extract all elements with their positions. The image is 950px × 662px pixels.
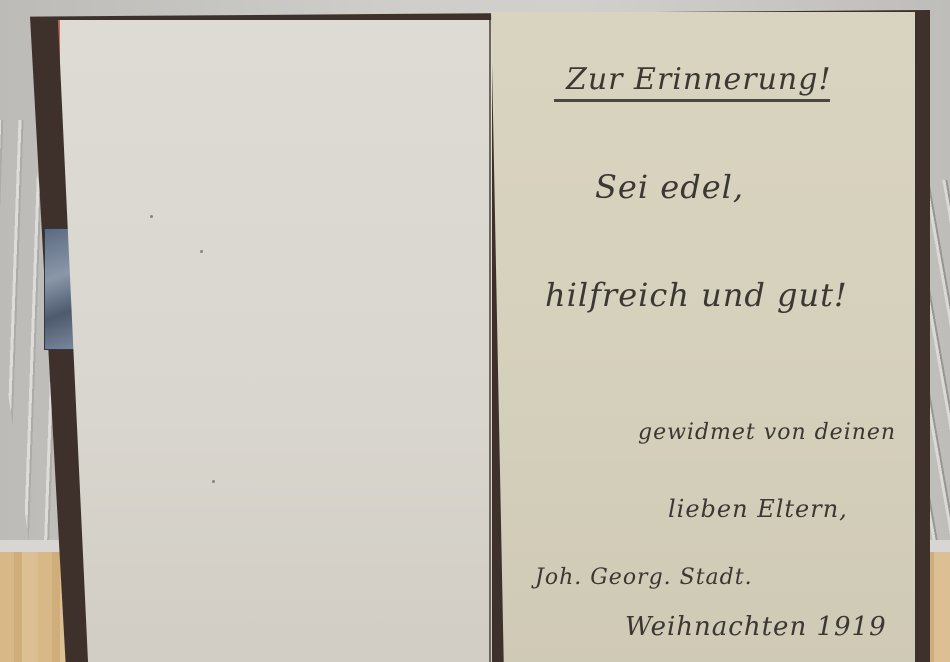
inscription-line-4: lieben Eltern, [668, 495, 848, 523]
paper-speck [150, 215, 153, 218]
paper-speck [212, 480, 215, 483]
book-gutter [489, 20, 491, 662]
left-page-blank [58, 20, 492, 662]
inscription-line-1: Sei edel, [595, 168, 744, 206]
inscription-signature: Joh. Georg. Stadt. [535, 565, 753, 590]
inscription-line-2: hilfreich und gut! [545, 276, 848, 314]
paper-speck [200, 250, 203, 253]
inscription-date: Weihnachten 1919 [625, 612, 887, 642]
inscription-heading: Zur Erinnerung! [566, 62, 832, 97]
inscription-line-3: gewidmet von deinen [638, 420, 896, 445]
heading-underline [554, 99, 830, 102]
